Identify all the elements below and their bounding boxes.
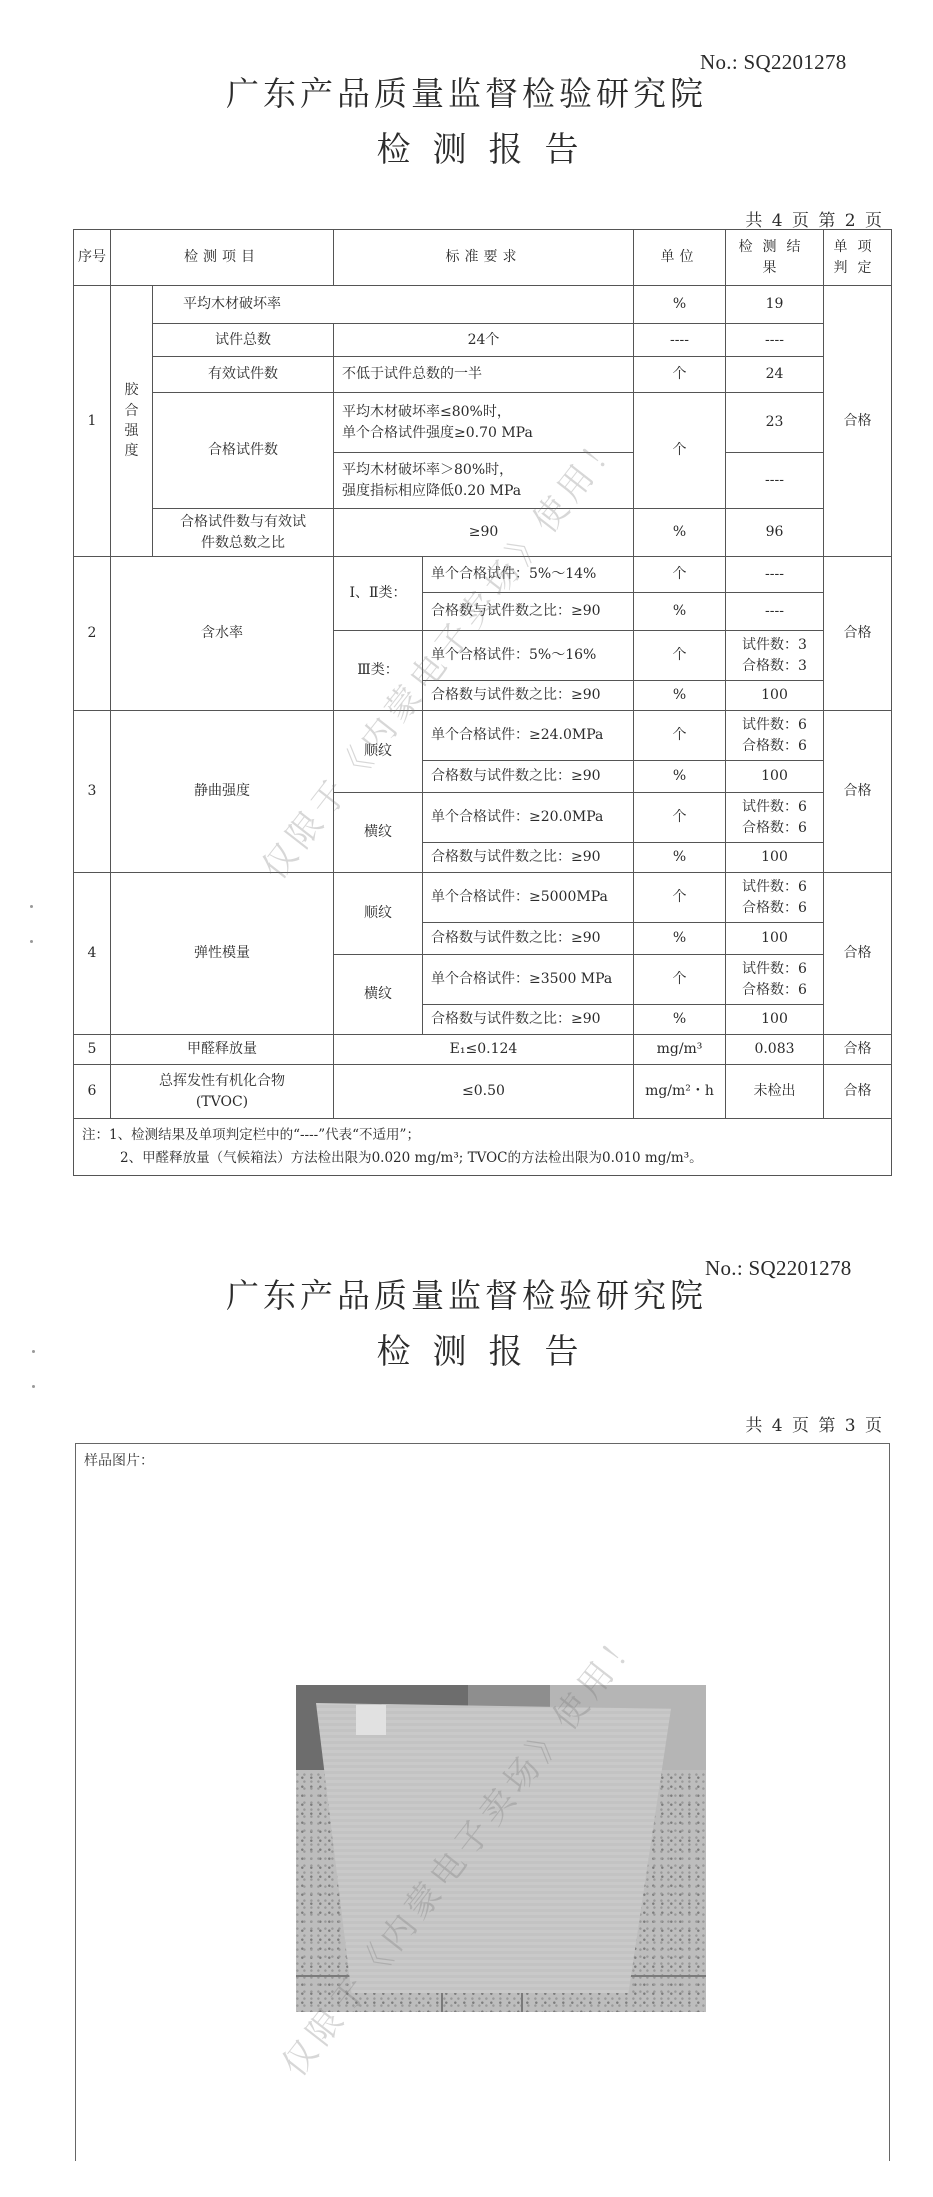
verdict-cell: 合格 — [824, 1035, 892, 1065]
result-cell: 19 — [726, 286, 824, 324]
item-cell: 静曲强度 — [111, 711, 334, 873]
item-cell: 甲醛释放量 — [111, 1035, 334, 1065]
item-cell: 合格试件数 — [153, 393, 334, 509]
wood-board — [316, 1703, 671, 1993]
standard-cell: 不低于试件总数的一半 — [334, 357, 634, 393]
organization-title: 广东产品质量监督检验研究院 — [0, 68, 933, 115]
sample-photo — [296, 1685, 706, 2012]
standard-cell: 合格数与试件数之比：≥90 — [423, 681, 634, 711]
header-unit: 单位 — [634, 230, 726, 286]
result-cell: 96 — [726, 509, 824, 557]
unit-cell: mg/m²・h — [634, 1065, 726, 1119]
table-row: 试件总数 24个 ---- ---- — [74, 324, 892, 357]
class-cell: 顺纹 — [334, 711, 423, 793]
result-cell: ---- — [726, 324, 824, 357]
notes-row: 注：1、检测结果及单项判定栏中的“----”代表“不适用”； 2、甲醛释放量（气… — [74, 1119, 892, 1176]
item-line: 合格试件数与有效试 — [157, 512, 329, 532]
unit-cell: % — [634, 681, 726, 711]
table-row: 有效试件数 不低于试件总数的一半 个 24 — [74, 357, 892, 393]
class-cell: 横纹 — [334, 955, 423, 1035]
result-cell: 试件数：6 合格数：6 — [726, 873, 824, 923]
item-cell: 总挥发性有机化合物 (TVOC) — [111, 1065, 334, 1119]
unit-cell: % — [634, 286, 726, 324]
standard-line: 单个合格试件强度≥0.70 MPa — [342, 423, 629, 443]
item-cell: 合格试件数与有效试 件数总数之比 — [153, 509, 334, 557]
unit-cell: % — [634, 761, 726, 793]
notes-cell: 注：1、检测结果及单项判定栏中的“----”代表“不适用”； 2、甲醛释放量（气… — [74, 1119, 892, 1176]
result-line: 合格数：3 — [730, 656, 819, 676]
unit-cell: % — [634, 593, 726, 631]
standard-cell: ≤0.50 — [334, 1065, 634, 1119]
verdict-cell: 合格 — [824, 1065, 892, 1119]
result-line: 合格数：6 — [730, 736, 819, 756]
table-row: 3 静曲强度 顺纹 单个合格试件：≥24.0MPa 个 试件数：6 合格数：6 … — [74, 711, 892, 761]
seq-cell: 2 — [74, 557, 111, 711]
verdict-cell: 合格 — [824, 873, 892, 1035]
standard-cell: 合格数与试件数之比：≥90 — [423, 761, 634, 793]
result-cell: 试件数：6 合格数：6 — [726, 793, 824, 843]
standard-line: 平均木材破坏率＞80%时， — [342, 460, 629, 480]
standard-cell: E₁≤0.124 — [334, 1035, 634, 1065]
unit-cell: 个 — [634, 711, 726, 761]
result-line: 试件数：6 — [730, 797, 819, 817]
standard-cell: 单个合格试件：≥20.0MPa — [423, 793, 634, 843]
table-row: 6 总挥发性有机化合物 (TVOC) ≤0.50 mg/m²・h 未检出 合格 — [74, 1065, 892, 1119]
result-cell: 0.083 — [726, 1035, 824, 1065]
item-line: 总挥发性有机化合物 — [115, 1071, 329, 1091]
result-line: 合格数：6 — [730, 898, 819, 918]
result-cell: ---- — [726, 557, 824, 593]
scan-speck — [32, 1350, 35, 1353]
standard-cell: 单个合格试件：≥3500 MPa — [423, 955, 634, 1005]
unit-cell: ---- — [634, 324, 726, 357]
header-item: 检测项目 — [111, 230, 334, 286]
class-cell: 顺纹 — [334, 873, 423, 955]
unit-cell: 个 — [634, 955, 726, 1005]
result-cell: 100 — [726, 923, 824, 955]
scan-speck — [30, 940, 33, 943]
unit-cell: 个 — [634, 631, 726, 681]
document-title: 检测报告 — [0, 122, 933, 171]
verdict-cell: 合格 — [824, 711, 892, 873]
class-cell: Ⅲ类： — [334, 631, 423, 711]
verdict-cell: 合格 — [824, 286, 892, 557]
table-header-row: 序号 检测项目 标准要求 单位 检测结果 单项判定 — [74, 230, 892, 286]
result-cell: 试件数：6 合格数：6 — [726, 955, 824, 1005]
item-line: 件数总数之比 — [157, 533, 329, 553]
standard-line: 平均木材破坏率≤80%时， — [342, 402, 629, 422]
standard-cell: 合格数与试件数之比：≥90 — [423, 923, 634, 955]
organization-title: 广东产品质量监督检验研究院 — [0, 1270, 933, 1317]
unit-cell: mg/m³ — [634, 1035, 726, 1065]
sample-label: 样品图片： — [84, 1450, 154, 1470]
unit-cell: % — [634, 509, 726, 557]
standard-cell: 单个合格试件：≥5000MPa — [423, 873, 634, 923]
result-cell: 23 — [726, 393, 824, 453]
standard-cell: 合格数与试件数之比：≥90 — [423, 593, 634, 631]
table-row: 4 弹性模量 顺纹 单个合格试件：≥5000MPa 个 试件数：6 合格数：6 … — [74, 873, 892, 923]
standard-cell: 合格数与试件数之比：≥90 — [423, 1005, 634, 1035]
document-title: 检测报告 — [0, 1324, 933, 1373]
result-line: 合格数：6 — [730, 980, 819, 1000]
category-cell: 胶合强度 — [111, 286, 153, 557]
header-seq: 序号 — [74, 230, 111, 286]
standard-cell: 合格数与试件数之比：≥90 — [423, 843, 634, 873]
unit-cell: 个 — [634, 793, 726, 843]
result-cell: ---- — [726, 593, 824, 631]
result-line: 试件数：6 — [730, 959, 819, 979]
unit-cell: 个 — [634, 393, 726, 509]
standard-line: 强度指标相应降低0.20 MPa — [342, 481, 629, 501]
seq-cell: 3 — [74, 711, 111, 873]
unit-cell: % — [634, 923, 726, 955]
item-cell: 试件总数 — [153, 324, 334, 357]
item-cell: 平均木材破坏率 — [153, 286, 634, 324]
scan-speck — [30, 905, 33, 908]
table-row: 5 甲醛释放量 E₁≤0.124 mg/m³ 0.083 合格 — [74, 1035, 892, 1065]
page-count: 共 4 页 第 3 页 — [745, 1411, 882, 1436]
class-cell: Ⅰ、Ⅱ类： — [334, 557, 423, 631]
result-cell: 100 — [726, 1005, 824, 1035]
result-cell: 未检出 — [726, 1065, 824, 1119]
seq-cell: 4 — [74, 873, 111, 1035]
result-line: 试件数：3 — [730, 635, 819, 655]
result-cell: 试件数：3 合格数：3 — [726, 631, 824, 681]
note-line-2: 2、甲醛释放量（气候箱法）方法检出限为0.020 mg/m³; TVOC的方法检… — [82, 1147, 883, 1170]
standard-cell: 单个合格试件：5%～14% — [423, 557, 634, 593]
standard-cell: 单个合格试件：5%～16% — [423, 631, 634, 681]
scan-speck — [32, 1385, 35, 1388]
header-result: 检测结果 — [726, 230, 824, 286]
result-line: 试件数：6 — [730, 715, 819, 735]
table-row: 合格试件数 平均木材破坏率≤80%时， 单个合格试件强度≥0.70 MPa 个 … — [74, 393, 892, 453]
result-line: 合格数：6 — [730, 818, 819, 838]
standard-cell: ≥90 — [334, 509, 634, 557]
standard-cell: 24个 — [334, 324, 634, 357]
unit-cell: % — [634, 843, 726, 873]
item-cell: 有效试件数 — [153, 357, 334, 393]
label-tape — [356, 1705, 386, 1735]
result-cell: ---- — [726, 453, 824, 509]
table-row: 1 胶合强度 平均木材破坏率 % 19 合格 — [74, 286, 892, 324]
standard-cell: 平均木材破坏率＞80%时， 强度指标相应降低0.20 MPa — [334, 453, 634, 509]
result-line: 试件数：6 — [730, 877, 819, 897]
table-row: 合格试件数与有效试 件数总数之比 ≥90 % 96 — [74, 509, 892, 557]
header-standard: 标准要求 — [334, 230, 634, 286]
verdict-cell: 合格 — [824, 557, 892, 711]
item-cell: 含水率 — [111, 557, 334, 711]
item-cell: 弹性模量 — [111, 873, 334, 1035]
result-cell: 试件数：6 合格数：6 — [726, 711, 824, 761]
result-cell: 100 — [726, 761, 824, 793]
header-verdict: 单项判定 — [824, 230, 892, 286]
standard-cell: 平均木材破坏率≤80%时， 单个合格试件强度≥0.70 MPa — [334, 393, 634, 453]
seq-cell: 5 — [74, 1035, 111, 1065]
seq-cell: 6 — [74, 1065, 111, 1119]
result-cell: 24 — [726, 357, 824, 393]
note-line-1: 注：1、检测结果及单项判定栏中的“----”代表“不适用”； — [82, 1124, 883, 1147]
result-cell: 100 — [726, 843, 824, 873]
unit-cell: % — [634, 1005, 726, 1035]
test-results-table: 序号 检测项目 标准要求 单位 检测结果 单项判定 1 胶合强度 平均木材破坏率… — [73, 229, 892, 1176]
class-cell: 横纹 — [334, 793, 423, 873]
item-line: (TVOC) — [115, 1092, 329, 1112]
result-cell: 100 — [726, 681, 824, 711]
page-count: 共 4 页 第 2 页 — [745, 206, 882, 231]
seq-cell: 1 — [74, 286, 111, 557]
standard-cell: 单个合格试件：≥24.0MPa — [423, 711, 634, 761]
unit-cell: 个 — [634, 557, 726, 593]
unit-cell: 个 — [634, 873, 726, 923]
unit-cell: 个 — [634, 357, 726, 393]
table-row: 2 含水率 Ⅰ、Ⅱ类： 单个合格试件：5%～14% 个 ---- 合格 — [74, 557, 892, 593]
